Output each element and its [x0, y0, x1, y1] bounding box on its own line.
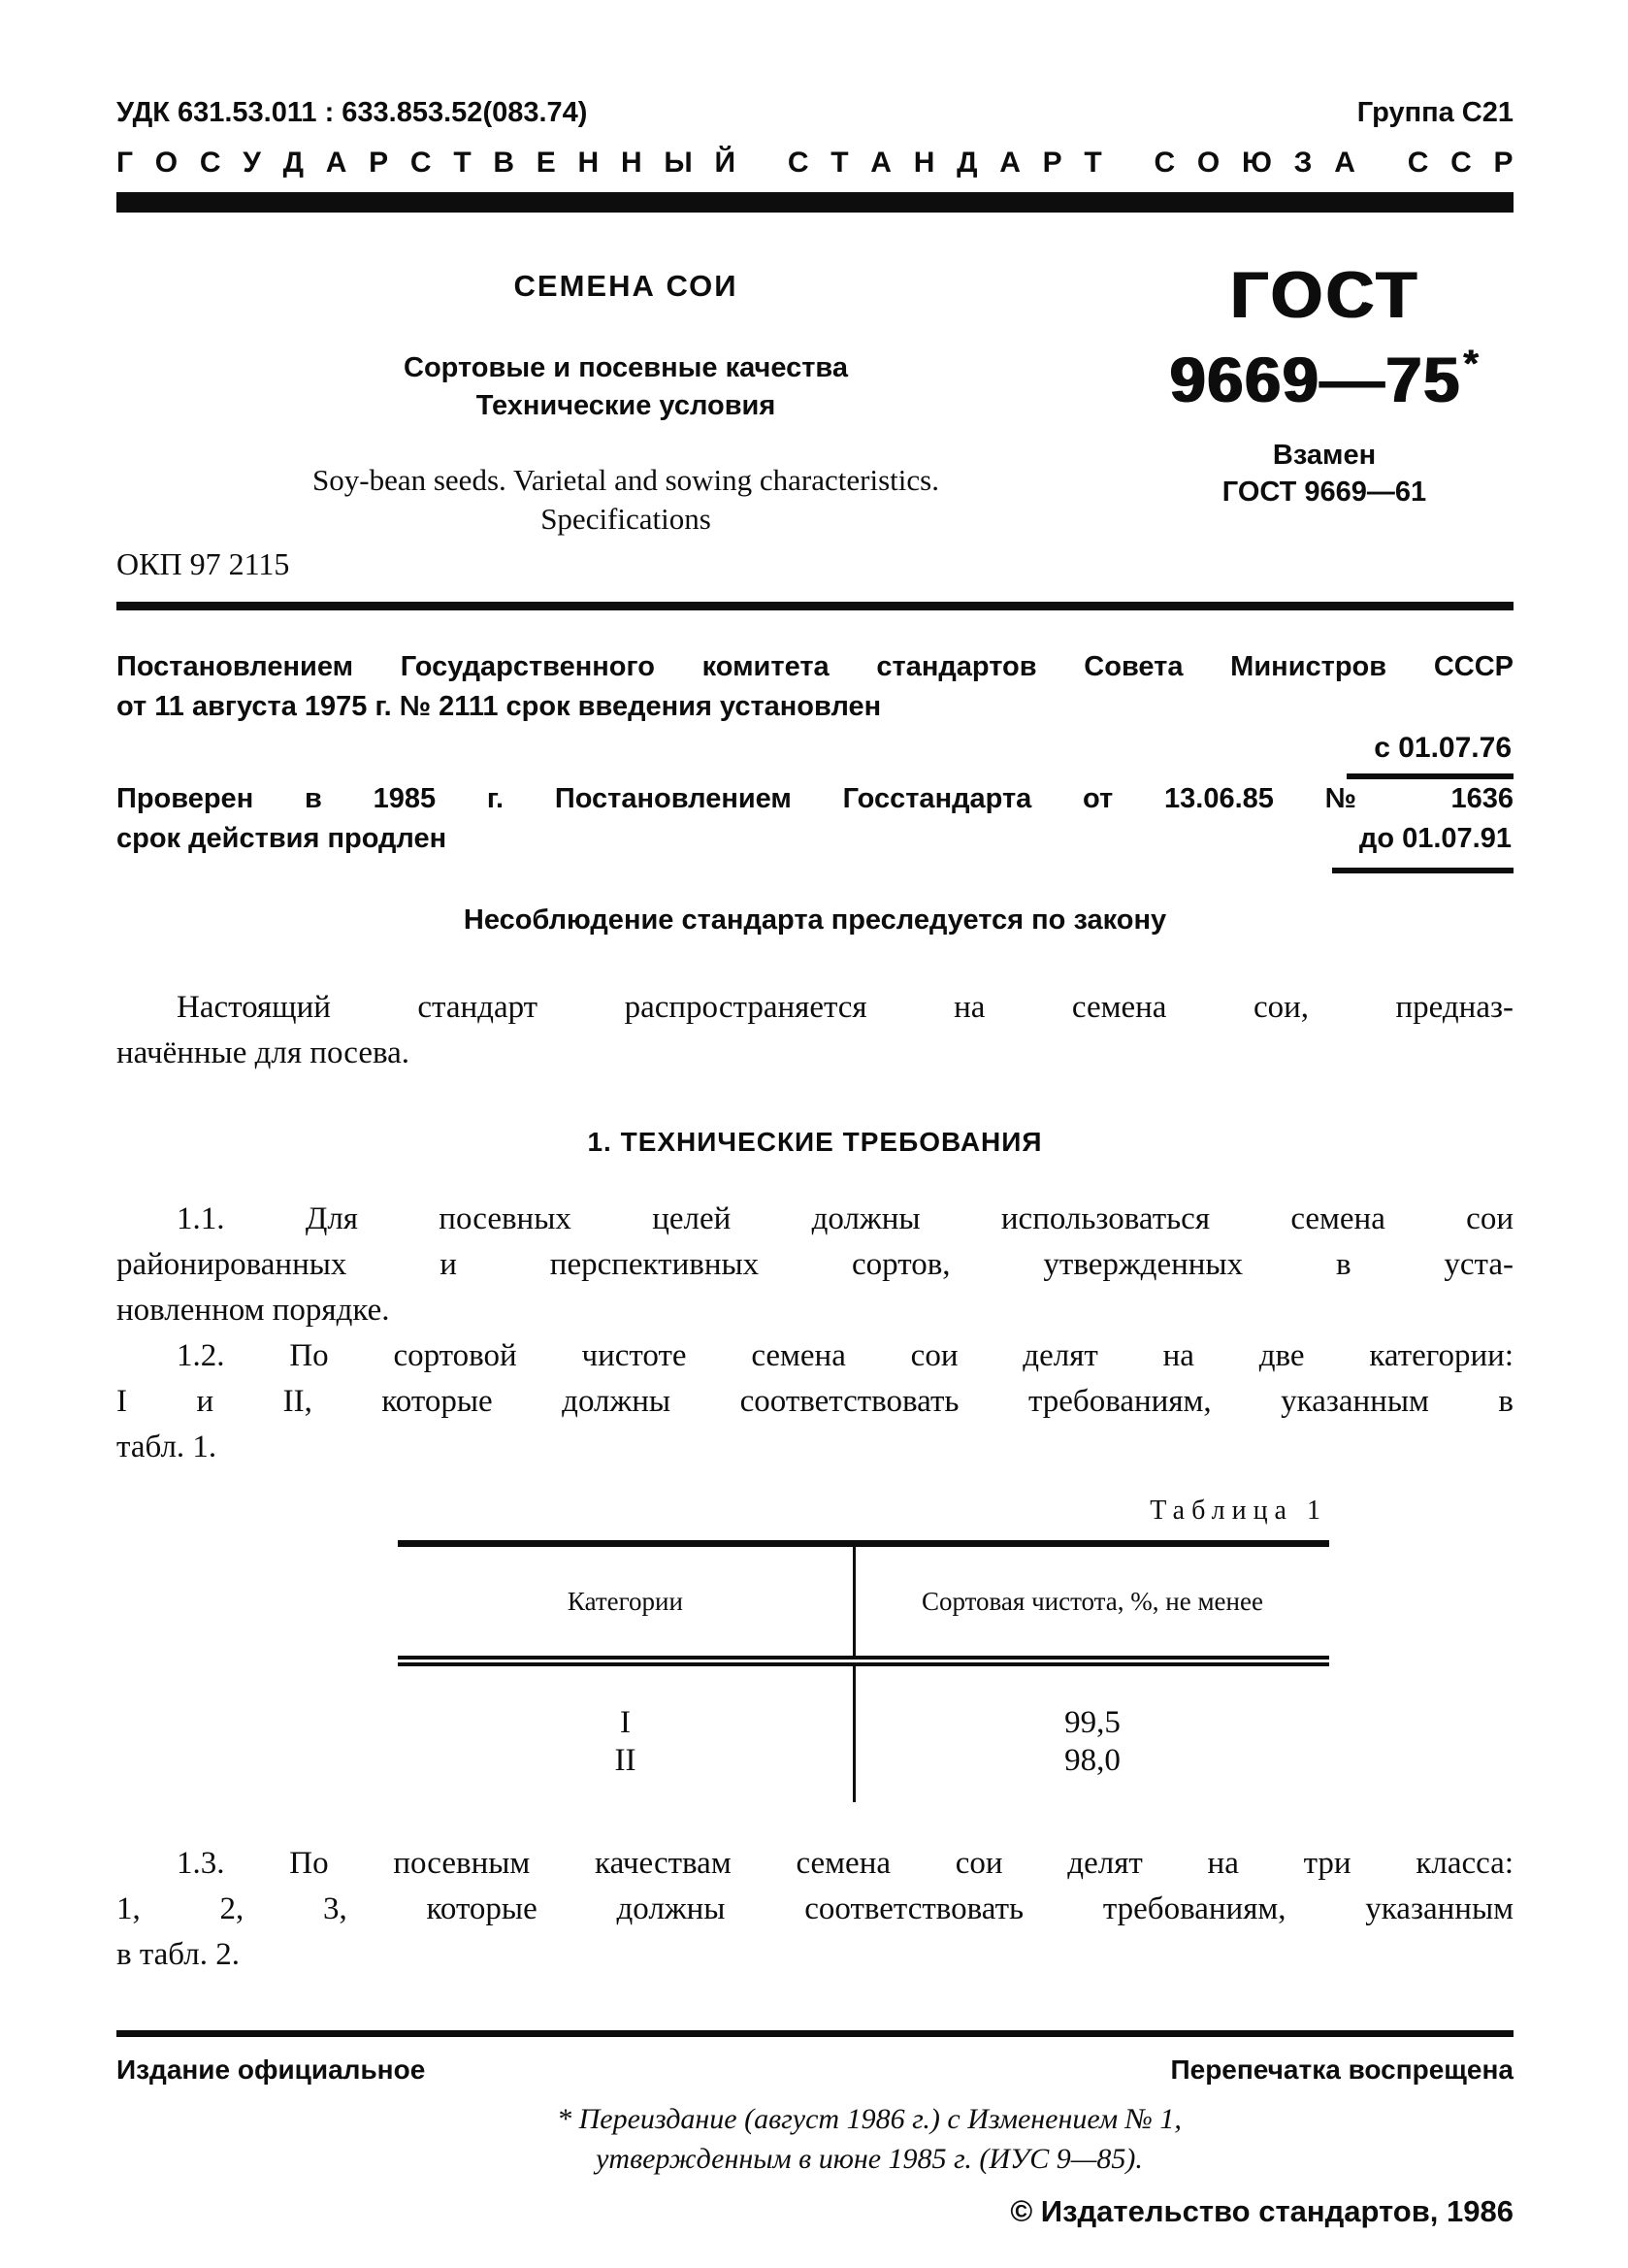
table-1-header: Категории Сортовая чистота, %, не менее — [398, 1544, 1329, 1661]
reissue-footnote-line2: утвержденным в июне 1985 г. (ИУС 9—85). — [225, 2139, 1514, 2179]
reissue-footnote-line1: * Переиздание (август 1986 г.) с Изменен… — [225, 2099, 1514, 2139]
table-1-block: Таблица 1 Категории Сортовая чистота, %,… — [398, 1496, 1329, 1802]
copyright-line: © Издательство стандартов, 1986 — [116, 2194, 1514, 2229]
horizontal-rule-bottom — [116, 2030, 1514, 2037]
reissue-footnote: * Переиздание (август 1986 г.) с Изменен… — [116, 2099, 1514, 2179]
horizontal-rule-top — [116, 602, 1514, 610]
section-1-heading: 1. ТЕХНИЧЕСКИЕ ТРЕБОВАНИЯ — [116, 1127, 1514, 1158]
group-code: Группа С21 — [1357, 97, 1514, 129]
state-standard-line: ГОСУДАРСТВЕННЫЙ СТАНДАРТ СОЮЗА ССР — [116, 147, 1514, 180]
document-title-en-line1: Soy-bean seeds. Varietal and sowing char… — [116, 461, 1135, 500]
decree-block: Постановлением Государственного комитета… — [116, 647, 1514, 937]
okp-code: ОКП 97 2115 — [116, 546, 1514, 582]
title-header: СЕМЕНА СОИ Сортовые и посевные качества … — [116, 213, 1514, 539]
effective-date: с 01.07.76 — [1347, 732, 1514, 779]
official-edition-label: Издание официальное — [116, 2054, 425, 2086]
document-title-en: Soy-bean seeds. Varietal and sowing char… — [116, 461, 1135, 539]
purity-cell: 98,0 — [854, 1742, 1329, 1802]
gost-label: ГОСТ — [1135, 257, 1514, 333]
para-1-2-line-2: I и II, которые должны соответствовать т… — [116, 1379, 1514, 1425]
table-1: Категории Сортовая чистота, %, не менее … — [398, 1540, 1329, 1802]
para-1-1-line-3: новленном порядке. — [116, 1288, 1514, 1333]
expiry-date: до 01.07.91 — [1332, 819, 1514, 873]
para-1-2-line-3: табл. 1. — [116, 1425, 1514, 1470]
effective-date-line: с 01.07.76 — [116, 732, 1514, 779]
decree-line-2a: Проверен в 1985 г. Постановлением Госста… — [116, 779, 1514, 819]
reprint-prohibited-label: Перепечатка воспрещена — [1171, 2054, 1514, 2086]
decree-line-2b-row: срок действия продлен до 01.07.91 — [116, 819, 1514, 873]
title-column: СЕМЕНА СОИ Сортовые и посевные качества … — [116, 213, 1135, 539]
intro-line-1: Настоящий стандарт распространяется на с… — [116, 985, 1514, 1031]
law-notice: Несоблюдение стандарта преследуется по з… — [116, 904, 1514, 937]
decree-line-1a: Постановлением Государственного комитета… — [116, 647, 1514, 687]
para-1-3-line-3: в табл. 2. — [116, 1932, 1514, 1978]
classification-row: УДК 631.53.011 : 633.853.52(083.74) Груп… — [116, 97, 1514, 129]
document-subtitle-1: Сортовые и посевные качества — [116, 352, 1135, 384]
document-title-en-line2: Specifications — [116, 500, 1135, 539]
table-1-label: Таблица 1 — [398, 1496, 1329, 1527]
para-1-3-line-2: 1, 2, 3, которые должны соответствовать … — [116, 1887, 1514, 1932]
para-1-2-line-1: 1.2. По сортовой чистоте семена сои деля… — [116, 1333, 1514, 1379]
category-cell: I — [398, 1661, 854, 1743]
para-1-1-line-2: районированных и перспективных сортов, у… — [116, 1242, 1514, 1288]
decree-line-1b: от 11 августа 1975 г. № 2111 срок введен… — [116, 687, 1514, 727]
table-row: II 98,0 — [398, 1742, 1329, 1802]
table-1-col-category: Категории — [398, 1544, 854, 1661]
table-row: I 99,5 — [398, 1661, 1329, 1743]
para-1-3-line-1: 1.3. По посевным качествам семена сои де… — [116, 1841, 1514, 1887]
document-page: УДК 631.53.011 : 633.853.52(083.74) Груп… — [0, 0, 1628, 2268]
replaces-value: ГОСТ 9669—61 — [1135, 477, 1514, 509]
para-1-1-line-1: 1.1. Для посевных целей должны использов… — [116, 1197, 1514, 1242]
table-1-col-purity: Сортовая чистота, %, не менее — [854, 1544, 1329, 1661]
document-title-ru: СЕМЕНА СОИ — [116, 269, 1135, 304]
udk-code: УДК 631.53.011 : 633.853.52(083.74) — [116, 97, 587, 129]
intro-line-2: начённые для посева. — [116, 1031, 1514, 1076]
category-cell: II — [398, 1742, 854, 1802]
document-subtitle-2: Технические условия — [116, 390, 1135, 422]
header-black-bar — [116, 192, 1514, 213]
replaces-label: Взамен — [1135, 440, 1514, 472]
gost-number-column: ГОСТ 9669—75* Взамен ГОСТ 9669—61 — [1135, 213, 1514, 539]
footer-row: Издание официальное Перепечатка воспреще… — [116, 2054, 1514, 2086]
gost-number-digits: 9669—75 — [1169, 344, 1460, 415]
purity-cell: 99,5 — [854, 1661, 1329, 1743]
prolong-text: срок действия продлен — [116, 819, 446, 859]
gost-number-star: * — [1463, 343, 1481, 385]
gost-number: 9669—75* — [1135, 343, 1514, 416]
